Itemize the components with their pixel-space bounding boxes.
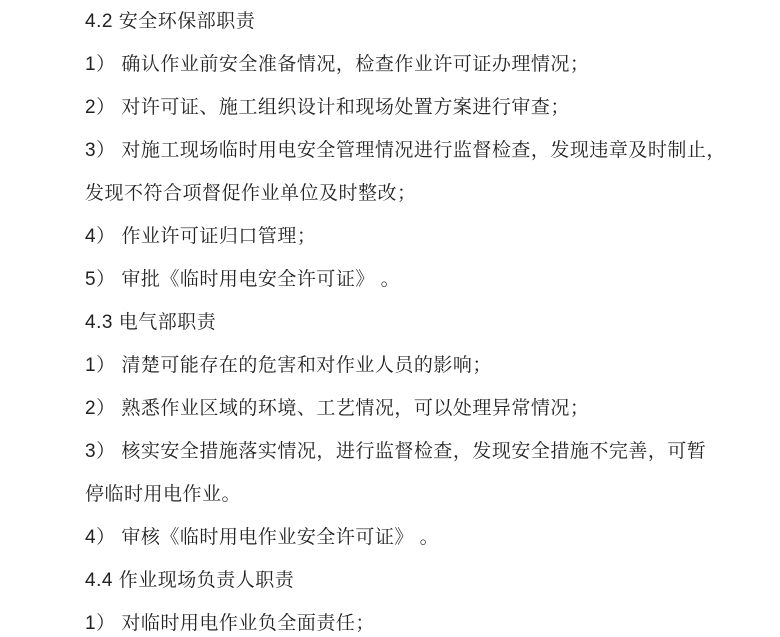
- list-item-line: 4） 作业许可证归口管理；: [85, 215, 720, 258]
- section-heading-4-3: 4.3 电气部职责: [85, 301, 720, 344]
- list-item-line: 2） 熟悉作业区域的环境、工艺情况，可以处理异常情况；: [85, 387, 720, 430]
- document-page: 4.2 安全环保部职责 1） 确认作业前安全准备情况，检查作业许可证办理情况； …: [0, 0, 780, 637]
- list-item-line: 3） 核实安全措施落实情况，进行监督检查，发现安全措施不完善，可暂: [85, 430, 720, 473]
- list-item-line: 1） 确认作业前安全准备情况，检查作业许可证办理情况；: [85, 43, 720, 86]
- list-item-line: 1） 对临时用电作业负全面责任；: [85, 602, 720, 637]
- list-item-line: 1） 清楚可能存在的危害和对作业人员的影响；: [85, 344, 720, 387]
- list-item-line: 3） 对施工现场临时用电安全管理情况进行监督检查，发现违章及时制止，: [85, 129, 720, 172]
- section-heading-4-4: 4.4 作业现场负责人职责: [85, 559, 720, 602]
- list-item-line: 5） 审批《临时用电安全许可证》 。: [85, 258, 720, 301]
- list-item-line: 4） 审核《临时用电作业安全许可证》 。: [85, 516, 720, 559]
- continuation-line: 停临时用电作业。: [85, 473, 720, 516]
- list-item-line: 2） 对许可证、施工组织设计和现场处置方案进行审查；: [85, 86, 720, 129]
- continuation-line: 发现不符合项督促作业单位及时整改；: [85, 172, 720, 215]
- section-heading-4-2: 4.2 安全环保部职责: [85, 0, 720, 43]
